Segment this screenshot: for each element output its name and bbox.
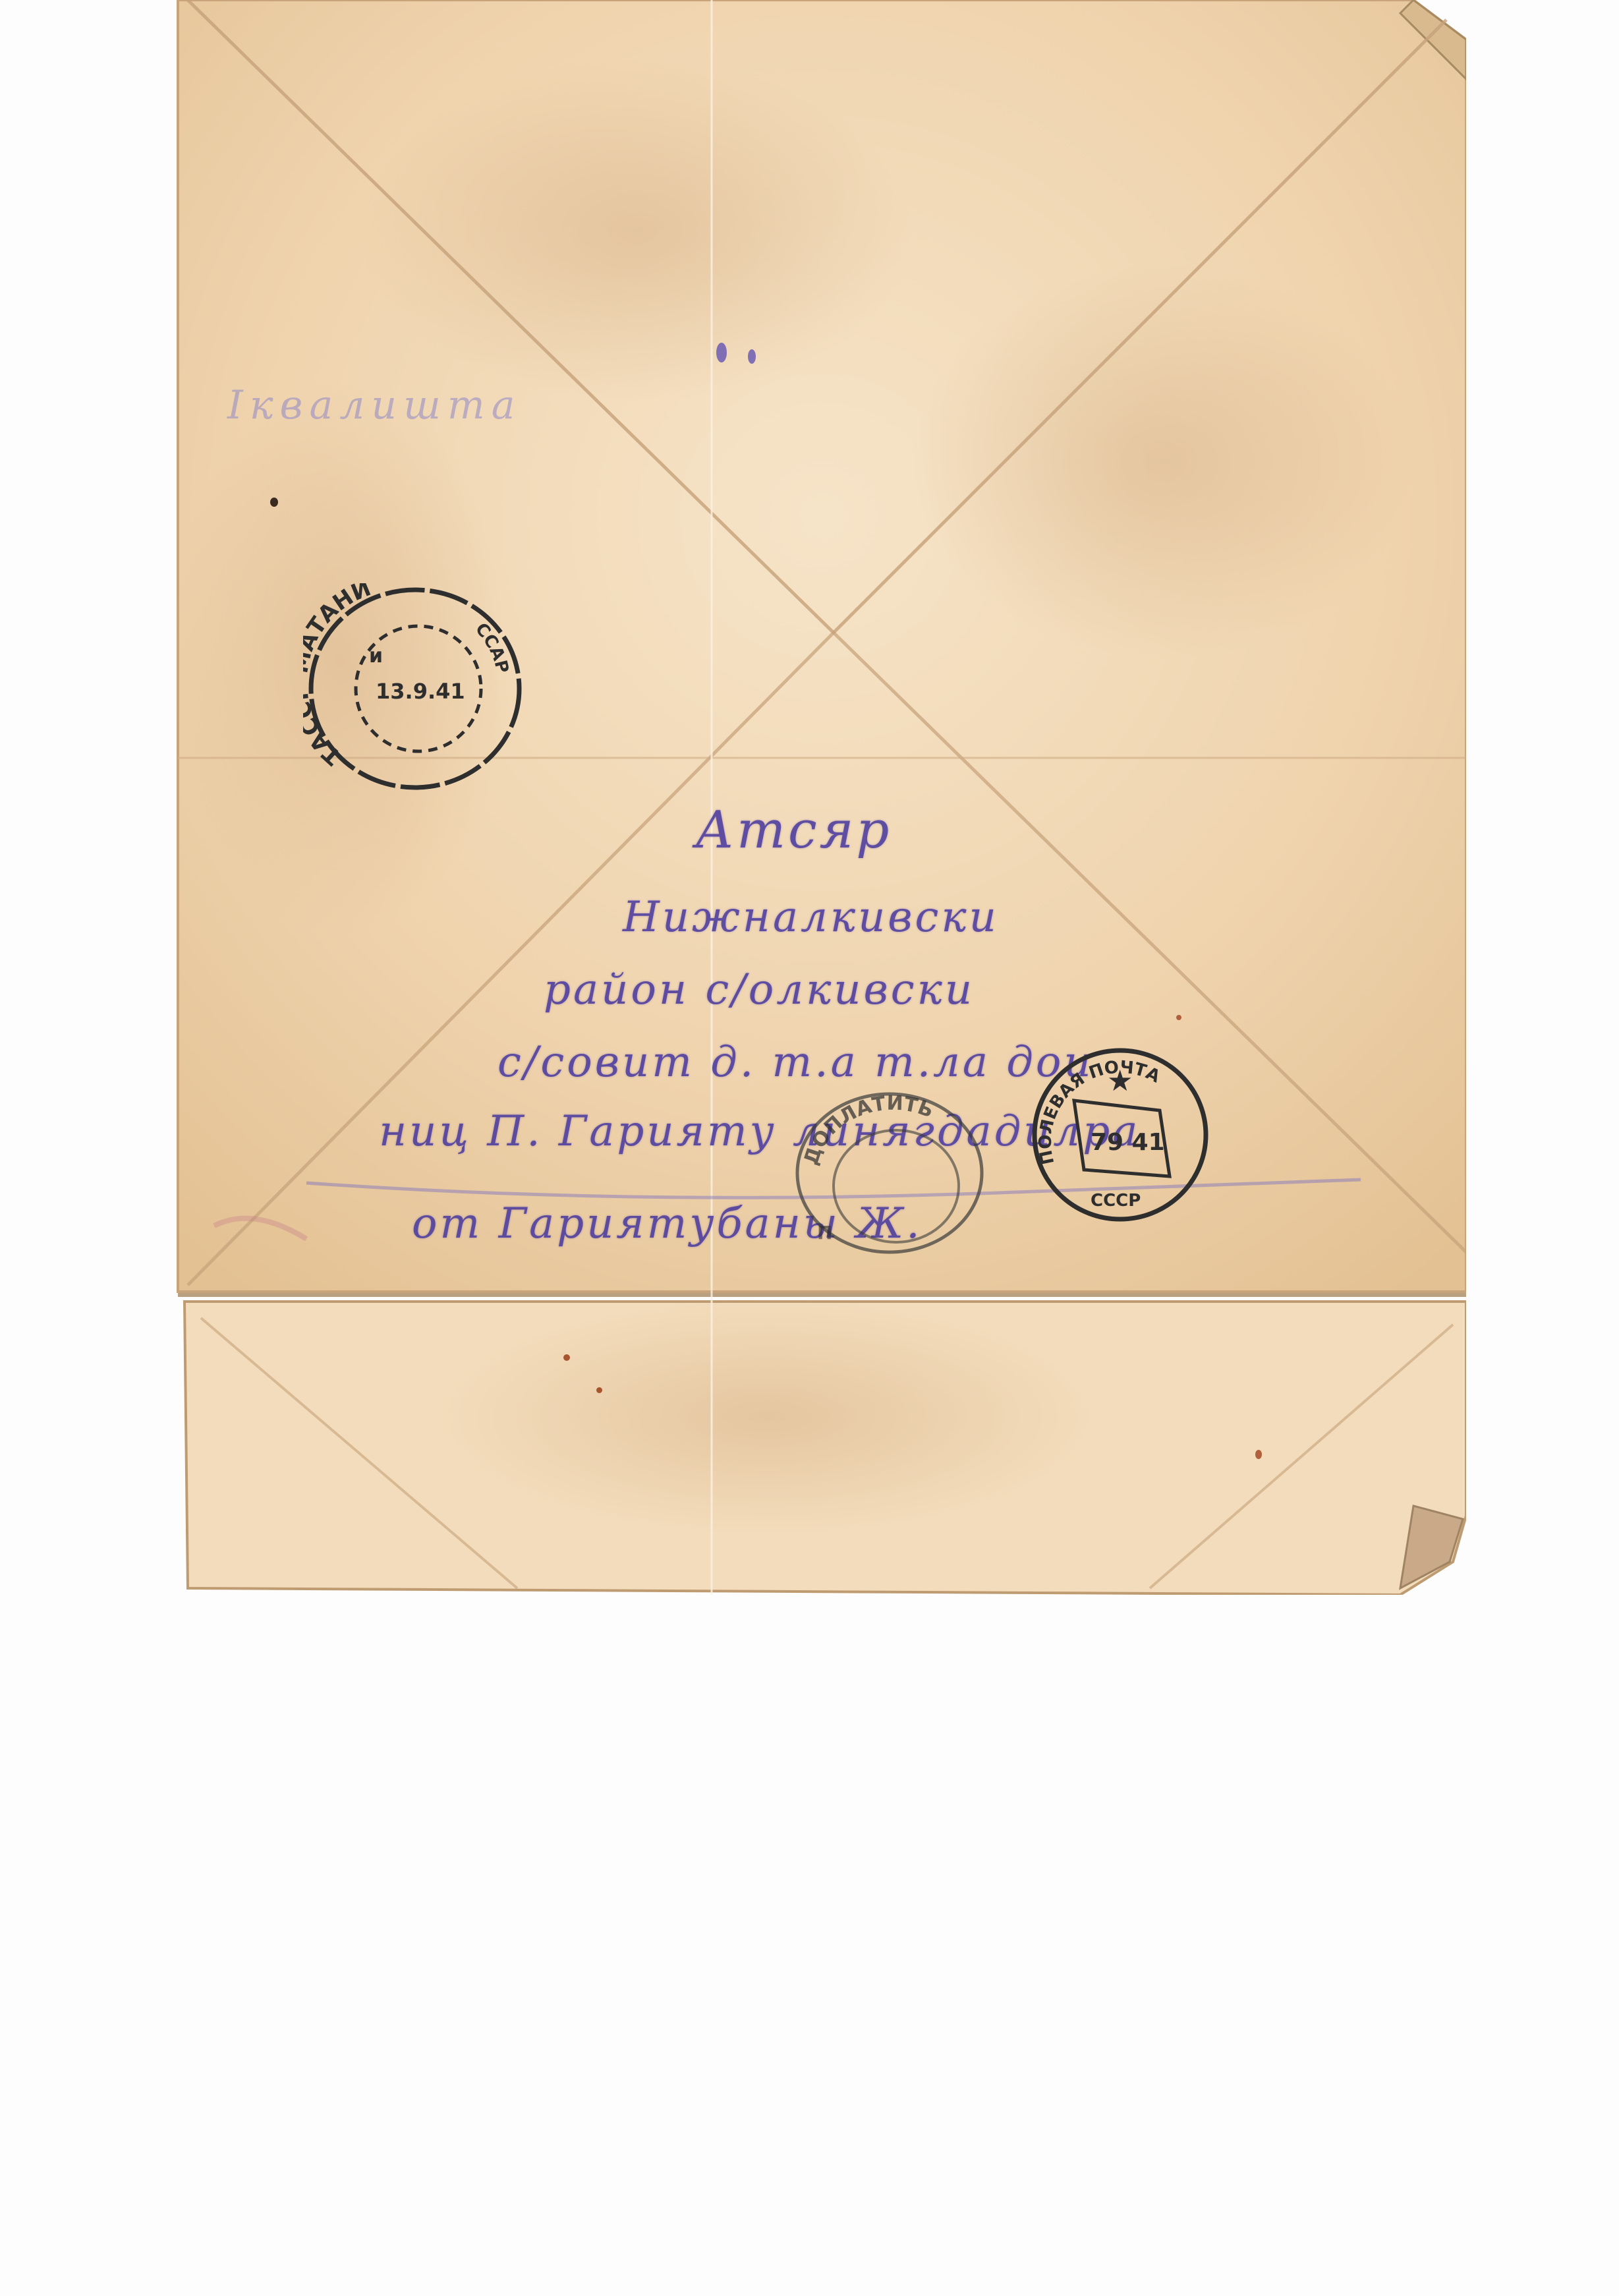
star-icon: ★ — [1107, 1064, 1133, 1098]
military-date: 79 41 — [1091, 1129, 1165, 1156]
address-line-4: с/совит д. т.а т.ла дои — [497, 1038, 1094, 1087]
paper-sheet — [175, 0, 1466, 1595]
origin-postmark: ТАССР-МАТАНИ ССАР 13.9.41 и — [303, 583, 527, 794]
rust-speck — [1176, 1015, 1181, 1020]
dark-speck — [270, 498, 278, 507]
ink-dot — [748, 349, 756, 364]
folded-letter: Іквалишта Атсяр Нижналкивски район с/олк… — [175, 0, 1466, 1595]
military-postmark: ПОЛЕВАЯ ПОЧТА ★ 79 41 СССР — [1028, 1045, 1212, 1226]
address-line-5: ниц П. Гарияту линягдадилра — [379, 1107, 1140, 1156]
postage-due-stamp: ДОПЛАТИТЬ П — [791, 1087, 988, 1259]
rust-speck — [563, 1354, 570, 1361]
postmark-date: 13.9.41 — [376, 679, 465, 704]
svg-text:П: П — [817, 1222, 832, 1244]
address-line-3: район с/олкивски — [544, 965, 975, 1014]
svg-text:и: и — [369, 645, 383, 668]
address-line-2: Нижналкивски — [623, 893, 999, 942]
postage-due-text: ДОПЛАТИТЬ — [799, 1092, 936, 1168]
address-line-1: Атсяр — [695, 801, 892, 860]
rust-speck — [1255, 1450, 1262, 1459]
svg-text:ДОПЛАТИТЬ: ДОПЛАТИТЬ — [799, 1092, 936, 1168]
bleed-through-text: Іквалишта — [227, 382, 522, 428]
ink-dot — [716, 343, 727, 362]
svg-text:СССР: СССР — [1091, 1191, 1141, 1211]
rust-speck — [596, 1387, 602, 1393]
